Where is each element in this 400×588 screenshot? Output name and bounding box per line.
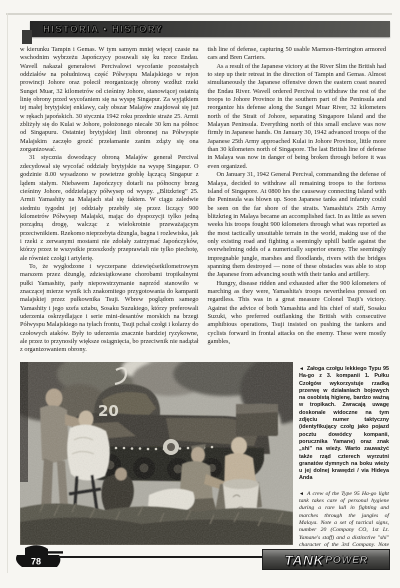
page-number: 78 — [31, 557, 41, 567]
page-number-tank-badge: 78 — [13, 544, 63, 571]
paragraph-pl-3: To, że wygłodzone i wyczerpane dziewięćs… — [20, 263, 199, 355]
column-english: tish line of defense, capturing 50 usabl… — [208, 46, 387, 364]
paragraph-en-2: As a result of the Japanese victory at t… — [208, 63, 387, 171]
caption-column: ◄ Załoga czołgu lekkiego Typu 95 Ha-go z… — [299, 366, 389, 571]
paragraph-en-1: tish line of defense, capturing 50 usabl… — [208, 46, 387, 63]
caption-polish-text: Załoga czołgu lekkiego Typu 95 Ha-go z 3… — [299, 366, 389, 481]
tank-photo-illustration: 20 — [20, 362, 293, 545]
section-header-banner: HISTORIA • HISTORY — [30, 21, 390, 37]
banner-tab — [22, 30, 32, 44]
paragraph-pl-1: w kierunku Tampin i Gemas. W tym samym m… — [20, 46, 199, 154]
paragraph-en-3: On January 31, 1942 General Percival, co… — [208, 171, 387, 279]
caption-polish: ◄ Załoga czołgu lekkiego Typu 95 Ha-go z… — [299, 366, 389, 483]
body-text-columns: w kierunku Tampin i Gemas. W tym samym m… — [20, 46, 386, 364]
caption-arrow-icon: ◄ — [299, 366, 304, 372]
logo-power-text: POWER — [325, 554, 368, 566]
magazine-page: HISTORIA • HISTORY w kierunku Tampin i G… — [0, 0, 400, 588]
scan-edge-top — [6, 13, 392, 15]
footer-rule — [58, 556, 272, 558]
logo-tank-text: TANK — [284, 552, 324, 568]
scan-edge-left — [7, 13, 8, 573]
paragraph-pl-2: 31 stycznia dowodzący obroną Malajów gen… — [20, 154, 199, 262]
caption-arrow-icon: ◄ — [299, 492, 304, 497]
paragraph-en-4: Hungry, disease ridden and exhausted aft… — [208, 280, 387, 347]
tankpower-logo: TANKPOWER — [262, 549, 390, 570]
section-title: HISTORIA • HISTORY — [43, 24, 163, 35]
column-polish: w kierunku Tampin i Gemas. W tym samym m… — [20, 46, 199, 364]
tank-crew-photo: 20 — [20, 362, 293, 545]
